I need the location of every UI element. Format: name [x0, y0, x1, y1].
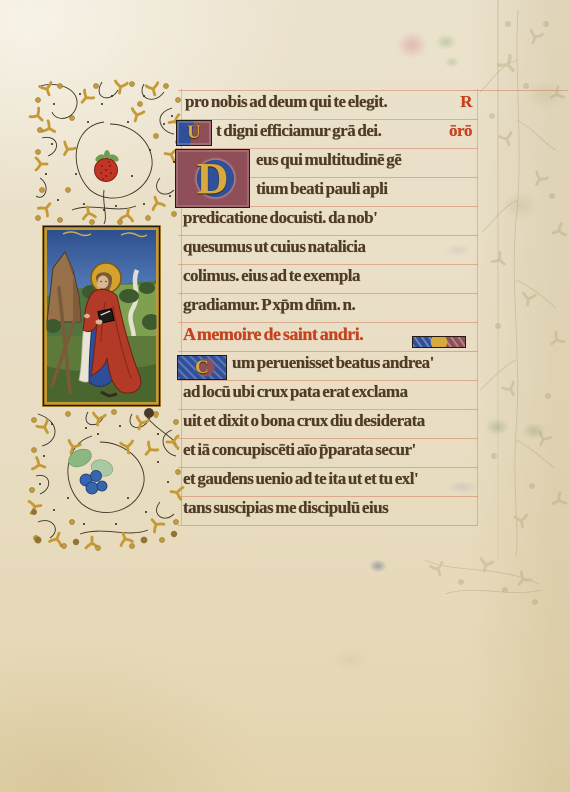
illuminated-initial-U: U [176, 120, 212, 146]
text-line-3: eus qui multitudinē gē [256, 150, 401, 170]
french-rubric: A memoire de saint andri. [183, 324, 363, 345]
gold-ivy-leaves [29, 413, 183, 548]
hand-on-cross [84, 314, 90, 318]
text-line-8: gradiamur. P xp̄m dn̄m. n. [183, 295, 355, 315]
text-line-1: pro nobis ad deum qui te elegit. R [185, 92, 472, 112]
text-line-15: tans suscipias me discipulū eius [183, 498, 388, 518]
latin-text: et gaudens uenio ad te ita ut et tu exl' [183, 469, 418, 488]
text-line-11: ad locū ubi crux pata erat exclama [183, 382, 408, 402]
text-line-4: tium beati pauli apli [256, 179, 388, 199]
text-line-14: et gaudens uenio ad te ita ut et tu exl' [183, 469, 418, 489]
hand [96, 320, 103, 325]
ruling-line [178, 293, 478, 294]
ruling-line [178, 438, 478, 439]
latin-text: quesumus ut cuius natalicia [183, 237, 365, 256]
latin-text: tans suscipias me discipulū eius [183, 498, 388, 517]
text-line-7: colimus. eius ad te exempla [183, 266, 360, 286]
latin-text: et iā concupiscēti aīo p̄parata secur' [183, 440, 416, 459]
initial-letter: U [187, 122, 201, 144]
berry-cluster-icon [66, 446, 115, 494]
latin-text: eus qui multitudinē gē [256, 150, 401, 169]
initial-letter: D [197, 153, 229, 204]
ruling-line [178, 409, 478, 410]
miniature-saint-andrew [43, 226, 160, 406]
latin-text: colimus. eius ad te exempla [183, 266, 360, 285]
line-filler-bar [412, 336, 466, 348]
border-vine-bottom-panel [28, 406, 180, 548]
illuminated-initial-D: D [175, 149, 250, 208]
gold-dots [29, 409, 180, 550]
initial-letter: C [195, 357, 209, 379]
strawberry-icon [94, 150, 120, 182]
text-line-10: um peruenisset beatus andrea' [232, 353, 434, 373]
latin-text: pro nobis ad deum qui te elegit. [185, 92, 387, 112]
show-through-vines-bottom [415, 554, 545, 614]
latin-text: gradiamur. P xp̄m dn̄m. n. [183, 295, 355, 314]
border-vine-top-panel [32, 78, 180, 226]
latin-text: tium beati pauli apli [256, 179, 388, 198]
ruling-line [178, 525, 478, 526]
text-line-13: et iā concupiscēti aīo p̄parata secur' [183, 440, 416, 460]
ruling-line [178, 235, 478, 236]
latin-text: t digni efficiamur grā dei. [216, 121, 381, 141]
illuminated-initial-C: C [177, 355, 227, 380]
text-line-5: predicatione docuisti. da nob' [183, 208, 377, 228]
text-line-6: quesumus ut cuius natalicia [183, 237, 365, 257]
show-through-vines-right [468, 0, 568, 560]
ruling-line [178, 351, 478, 352]
ruling-line [178, 119, 478, 120]
latin-text: ad locū ubi crux pata erat exclama [183, 382, 408, 401]
latin-text: predicatione docuisti. da nob' [183, 208, 377, 227]
ruling-line [178, 380, 478, 381]
text-line-2: t digni efficiamur grā dei. ōrō [216, 121, 472, 141]
latin-text: um peruenisset beatus andrea' [232, 353, 434, 372]
latin-text: uit et dixit o bona crux diu desiderata [183, 411, 425, 430]
text-line-12: uit et dixit o bona crux diu desiderata [183, 411, 425, 431]
ruling-line [178, 496, 478, 497]
ruling-line [178, 467, 478, 468]
ruling-line [178, 264, 478, 265]
ruling-line [178, 322, 478, 323]
rubric-line: A memoire de saint andri. [183, 324, 363, 345]
manuscript-page: U D C pro nobis ad deum qui te elegit. R… [0, 0, 570, 792]
